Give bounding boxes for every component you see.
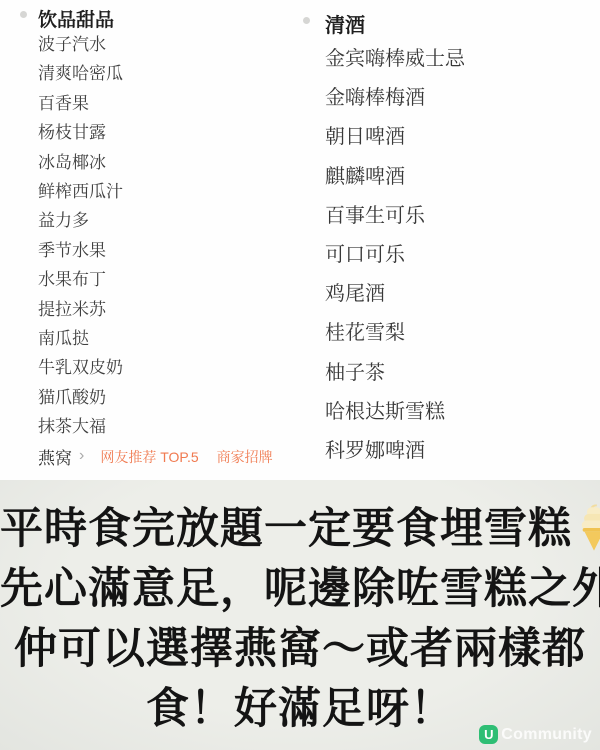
menu-item[interactable]: 麒麟啤酒 [325,158,465,197]
menu-item[interactable]: 科罗娜啤酒 [325,432,465,471]
menu-item[interactable]: 柚子茶 [325,354,465,393]
caption-line-3: 仲可以選擇燕窩～或者兩樣都 [0,619,600,679]
watermark-text: Community [501,726,592,744]
drinks-desserts-list: 波子汽水 清爽哈密瓜 百香果 杨枝甘露 冰岛椰冰 鲜榨西瓜汁 益力多 季节水果 … [38,30,123,441]
menu-item[interactable]: 鸡尾酒 [325,275,465,314]
menu-item[interactable]: 朝日啤酒 [325,118,465,157]
sake-drinks-list: 金宾嗨棒威士忌 金嗨棒梅酒 朝日啤酒 麒麟啤酒 百事生可乐 可口可乐 鸡尾酒 桂… [325,40,465,471]
category-header-drinks-desserts: 饮品甜品 [38,5,114,32]
menu-item[interactable]: 水果布丁 [38,265,123,294]
signature-badge: 商家招牌 [217,447,273,467]
menu-item[interactable]: 杨枝甘露 [38,118,123,147]
menu-item[interactable]: 提拉米苏 [38,295,123,324]
menu-item[interactable]: 波子汽水 [38,30,123,59]
menu-item[interactable]: 百事生可乐 [325,197,465,236]
soft-serve-ice-cream-icon [577,503,600,553]
menu-item[interactable]: 哈根达斯雪糕 [325,393,465,432]
menu-item[interactable]: 季节水果 [38,236,123,265]
recommend-badge: 网友推荐 TOP.5 [100,447,198,467]
u-badge-icon: U [479,725,498,744]
menu-item[interactable]: 桂花雪梨 [325,314,465,353]
menu-item[interactable]: 猫爪酸奶 [38,383,123,412]
category-header-sake: 清酒 [325,9,365,38]
menu-item[interactable]: 可口可乐 [325,236,465,275]
menu-item[interactable]: 冰岛椰冰 [38,148,123,177]
caption-line-2: 先心滿意足，呢邊除咗雪糕之外 [0,559,600,619]
menu-item[interactable]: 益力多 [38,206,123,235]
menu-section: 饮品甜品 波子汽水 清爽哈密瓜 百香果 杨枝甘露 冰岛椰冰 鲜榨西瓜汁 益力多 … [0,0,600,480]
menu-item[interactable]: 抹茶大福 [38,412,123,441]
caption-line-1: 平時食完放題一定要食埋雪糕 [0,499,600,559]
caption-text: 平時食完放題一定要食埋雪糕 [0,505,572,553]
menu-item-birds-nest-row[interactable]: 燕窝 › 网友推荐 TOP.5 商家招牌 [38,444,273,469]
bullet-icon [20,11,27,18]
menu-item[interactable]: 牛乳双皮奶 [38,353,123,382]
bullet-icon [303,17,310,24]
menu-item-label: 燕窝 [38,444,72,469]
chevron-right-icon: › [79,447,84,465]
menu-item[interactable]: 清爽哈密瓜 [38,59,123,88]
menu-item[interactable]: 金嗨棒梅酒 [325,79,465,118]
menu-item[interactable]: 鲜榨西瓜汁 [38,177,123,206]
menu-item[interactable]: 南瓜挞 [38,324,123,353]
screenshot-root: 饮品甜品 波子汽水 清爽哈密瓜 百香果 杨枝甘露 冰岛椰冰 鲜榨西瓜汁 益力多 … [0,0,600,750]
menu-item[interactable]: 金宾嗨棒威士忌 [325,40,465,79]
caption-section: 平時食完放題一定要食埋雪糕 先心滿意足，呢邊除咗雪糕之外 仲可以選擇燕窩～或者兩… [0,480,600,750]
menu-item[interactable]: 百香果 [38,89,123,118]
ucommunity-logo: U Community [479,725,592,744]
